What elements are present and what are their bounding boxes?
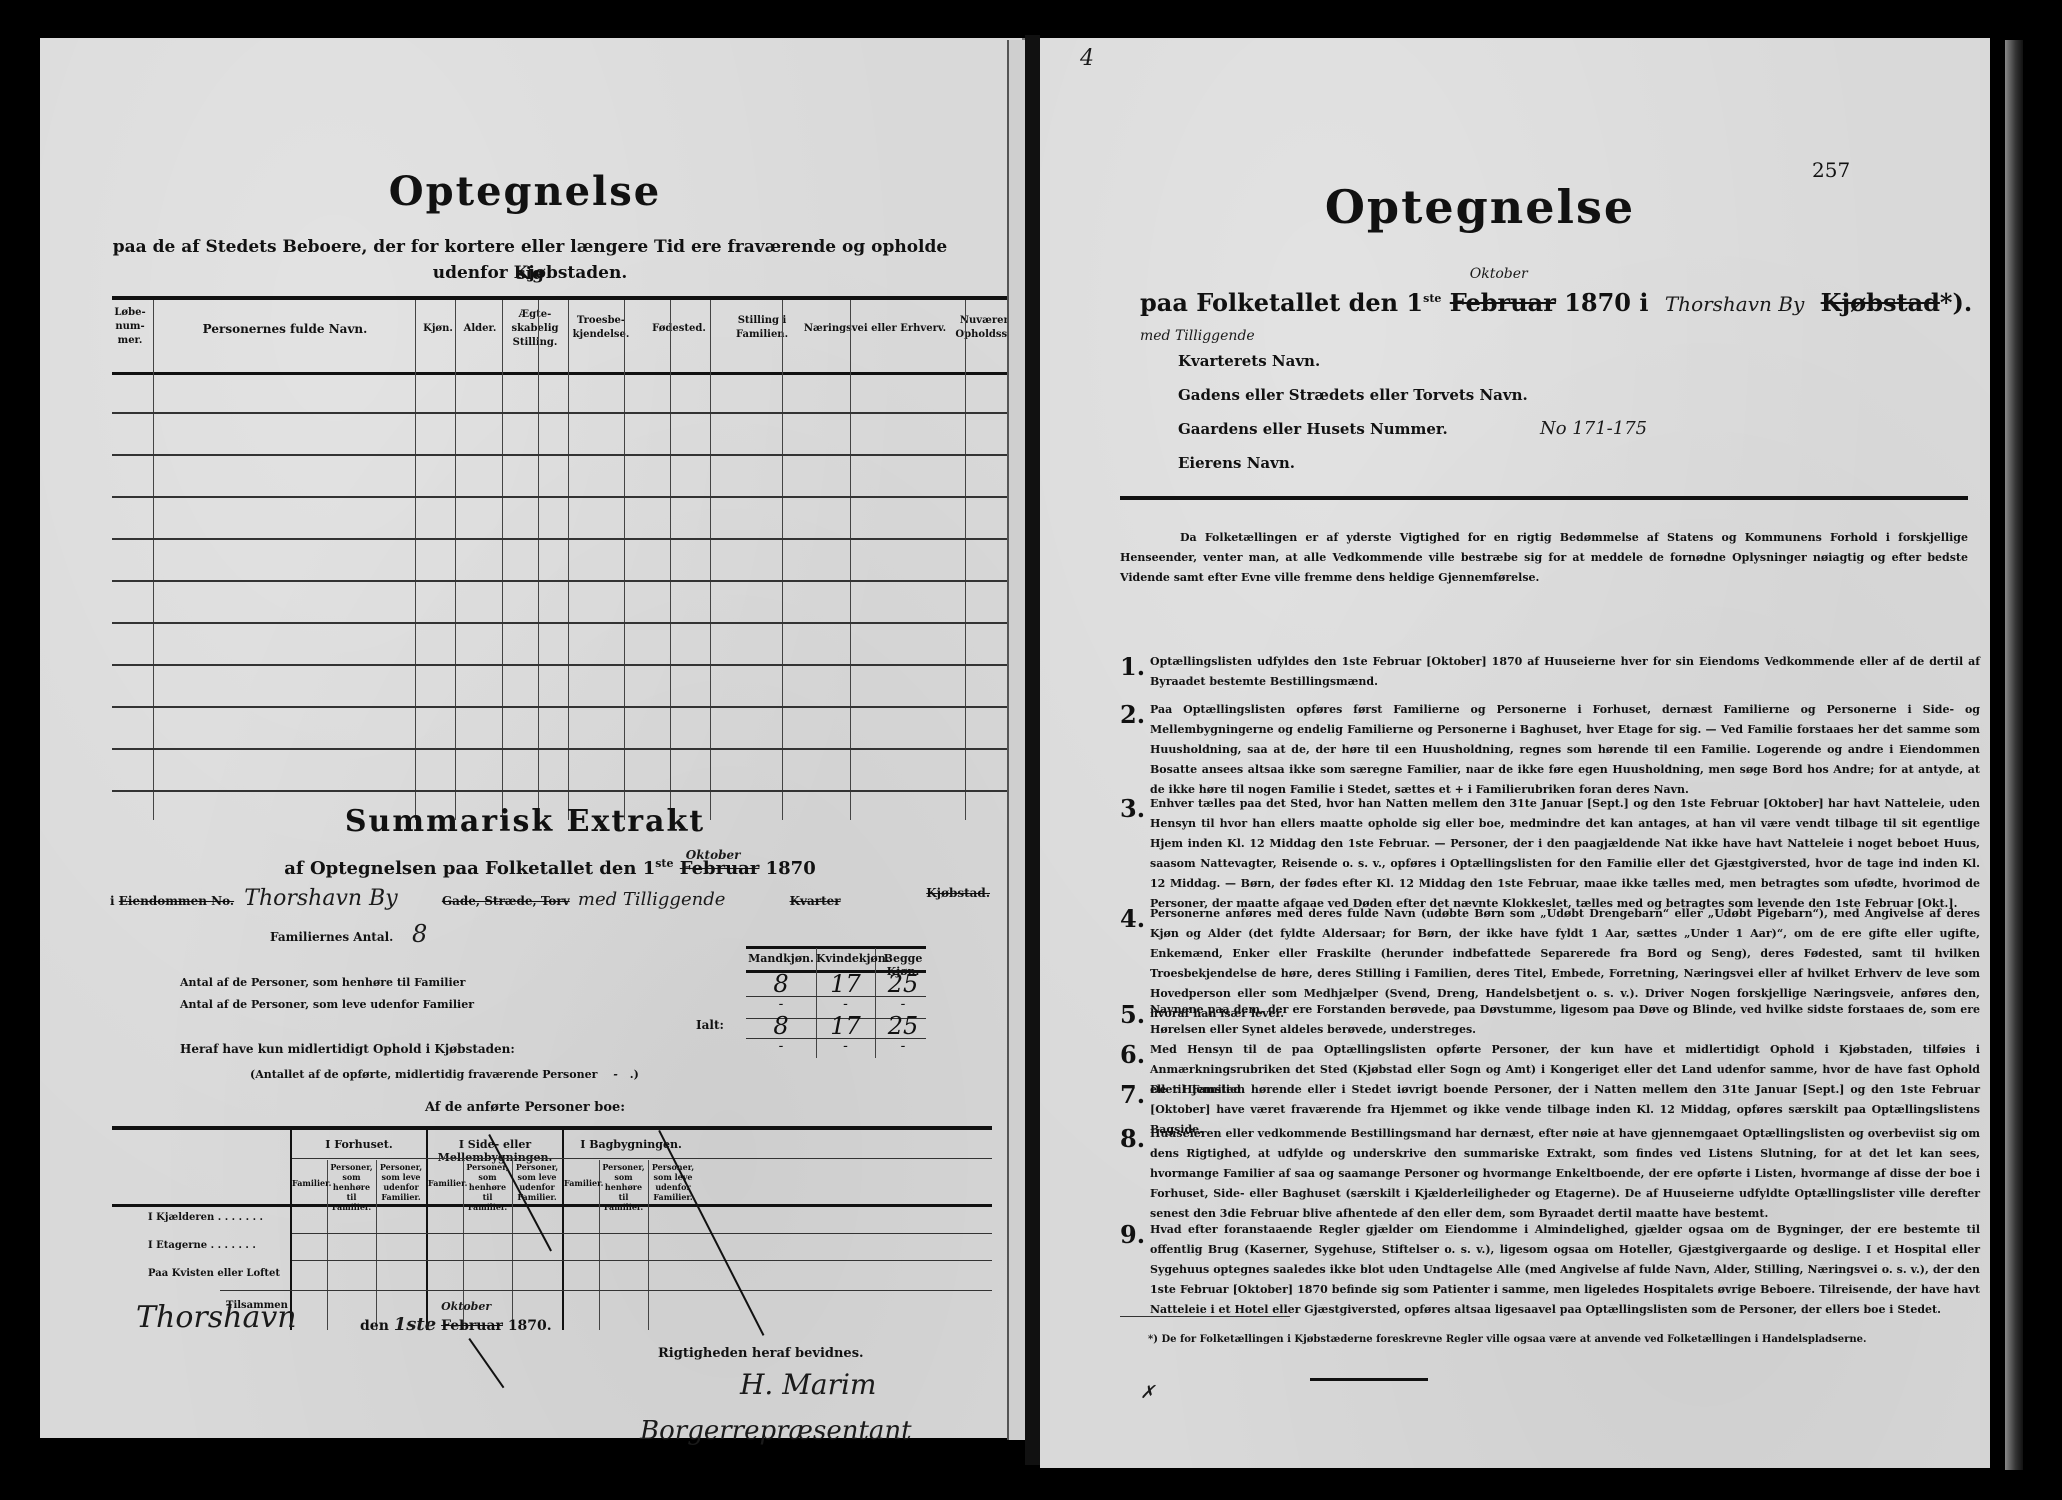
- field-owner-label: Eierens Navn.: [1178, 454, 1295, 472]
- extract-both-outside: -: [875, 996, 931, 1012]
- row-attic: Paa Kvisten eller Loftet: [148, 1268, 280, 1279]
- handwritten-october: Oktober: [1470, 266, 1528, 282]
- extract-male-outside: -: [746, 996, 816, 1012]
- extract-female-outside: -: [816, 996, 875, 1012]
- col-name: Personernes fulde Navn.: [155, 322, 415, 336]
- extract-title: Summarisk Extrakt: [40, 804, 1010, 839]
- bottom-mark: ✗: [1140, 1382, 1155, 1403]
- right-page: 4 257 Optegnelse paa Folketallet den 1st…: [1040, 38, 1990, 1468]
- row-floors: I Etagerne . . . . . . .: [148, 1240, 256, 1251]
- left-page: Optegnelse paa de af Stedets Beboere, de…: [40, 38, 1025, 1438]
- field-house-number-value: No 171-175: [1540, 418, 1647, 439]
- group-front-house: I Forhuset.: [292, 1138, 426, 1151]
- col-lobenummer: Løbe-num-mer.: [110, 306, 150, 348]
- signer-name: H. Marim: [740, 1368, 876, 1401]
- field-quarter-label: Kvarterets Navn.: [1178, 352, 1320, 370]
- group-back-building: I Bagbygningen.: [564, 1138, 698, 1151]
- signature-place: Thorshavn: [136, 1300, 297, 1335]
- subcol-side-persons-in: Personer, som henhøre til Familier.: [463, 1162, 512, 1212]
- extract-both-total: 25: [875, 1012, 931, 1040]
- subcol-back-families: Familier.: [564, 1178, 599, 1188]
- extract-temporary-label: Heraf have kun midlertidigt Ophold i Kjø…: [180, 1042, 515, 1056]
- extract-both-in-families: 25: [875, 970, 931, 998]
- extract-location-line: i Eiendommen No. Thorshavn By Gade, Stræ…: [110, 886, 1030, 911]
- page-number: 257: [1812, 158, 1850, 182]
- intro-paragraph: Da Folketællingen er af yderste Vigtighe…: [1120, 528, 1968, 588]
- col-family-position: Stilling i Familien.: [724, 314, 800, 342]
- col-occupation: Næringsvei eller Erhverv.: [800, 322, 950, 336]
- extract-male-in-families: 8: [746, 970, 816, 998]
- extract-col-male: Mandkjøn.: [746, 952, 816, 965]
- extract-both-temporary: -: [875, 1038, 931, 1054]
- field-street-label: Gadens eller Strædets eller Torvets Navn…: [1178, 386, 1528, 404]
- extract-female-total: 17: [816, 1012, 875, 1040]
- extract-note: (Antallet af de opførte, midlertidig fra…: [250, 1068, 639, 1081]
- extract-female-in-families: 17: [816, 970, 875, 998]
- subcol-side-persons-out: Personer, som leve udenfor Familier.: [512, 1162, 562, 1202]
- extract-total-label: Ialt:: [696, 1018, 724, 1032]
- field-house-number-label: Gaardens eller Husets Nummer.: [1178, 420, 1448, 438]
- right-subtitle: paa Folketallet den 1ste Februar Oktober…: [1140, 288, 2000, 317]
- extract-row-outside-families-label: Antal af de Personer, som leve udenfor F…: [180, 998, 474, 1011]
- handwritten-place: Thorshavn By: [1665, 292, 1804, 316]
- subcol-back-persons-in: Personer, som henhøre til Familier.: [599, 1162, 648, 1212]
- families-count-value: 8: [412, 920, 427, 948]
- left-title: Optegnelse: [40, 168, 1010, 215]
- subcol-front-persons-out: Personer, som leve udenfor Familier.: [376, 1162, 426, 1202]
- subcol-front-families: Familier.: [292, 1178, 327, 1188]
- footnote: *) De for Folketællingen i Kjøbstæderne …: [1148, 1334, 1867, 1345]
- signer-title: Borgerrepræsentant: [640, 1416, 912, 1446]
- families-count-label: Familiernes Antal.: [270, 930, 393, 944]
- row-cellar: I Kjælderen . . . . . . .: [148, 1212, 263, 1223]
- handwritten-october: Oktober: [686, 842, 741, 869]
- extract-male-total: 8: [746, 1012, 816, 1040]
- extract-subtitle: af Optegnelsen paa Folketallet den 1ste …: [200, 850, 900, 882]
- buildings-heading: Af de anførte Personer boe:: [40, 1100, 1010, 1115]
- cancel-stroke-3: [468, 1338, 504, 1388]
- corner-mark: 4: [1080, 46, 1094, 71]
- subcol-front-persons-in: Personer, som henhøre til Familier.: [327, 1162, 376, 1212]
- handwritten-appendage: med Tilliggende: [578, 889, 725, 910]
- group-side-building: I Side- eller Mellembygningen.: [428, 1138, 562, 1164]
- attestation: Rigtigheden heraf bevidnes.: [658, 1346, 864, 1361]
- extract-male-temporary: -: [746, 1038, 816, 1054]
- closing-rule: [1310, 1378, 1428, 1381]
- signature-date: den 1ste Februar Oktober 1870.: [360, 1314, 552, 1335]
- col-sex: Kjøn.: [418, 322, 458, 336]
- book-gutter: [1025, 35, 1040, 1465]
- right-title: Optegnelse: [1100, 180, 1860, 234]
- col-marital: Ægte-skabelig Stilling.: [502, 308, 568, 350]
- left-page-edge: [1007, 40, 1025, 1440]
- extract-female-temporary: -: [816, 1038, 875, 1054]
- handwritten-place: Thorshavn By: [244, 886, 397, 911]
- extract-row-in-families-label: Antal af de Personer, som henhøre til Fa…: [180, 976, 465, 989]
- handwritten-appendage: med Tilliggende: [1140, 328, 1255, 344]
- right-page-edge: [2005, 40, 2023, 1470]
- left-subtitle-2: udenfor Kjøbstaden.: [100, 260, 960, 287]
- subcol-side-families: Familier.: [428, 1178, 463, 1188]
- extract-col-female: Kvindekjøn.: [816, 952, 875, 965]
- col-age: Alder.: [458, 322, 502, 336]
